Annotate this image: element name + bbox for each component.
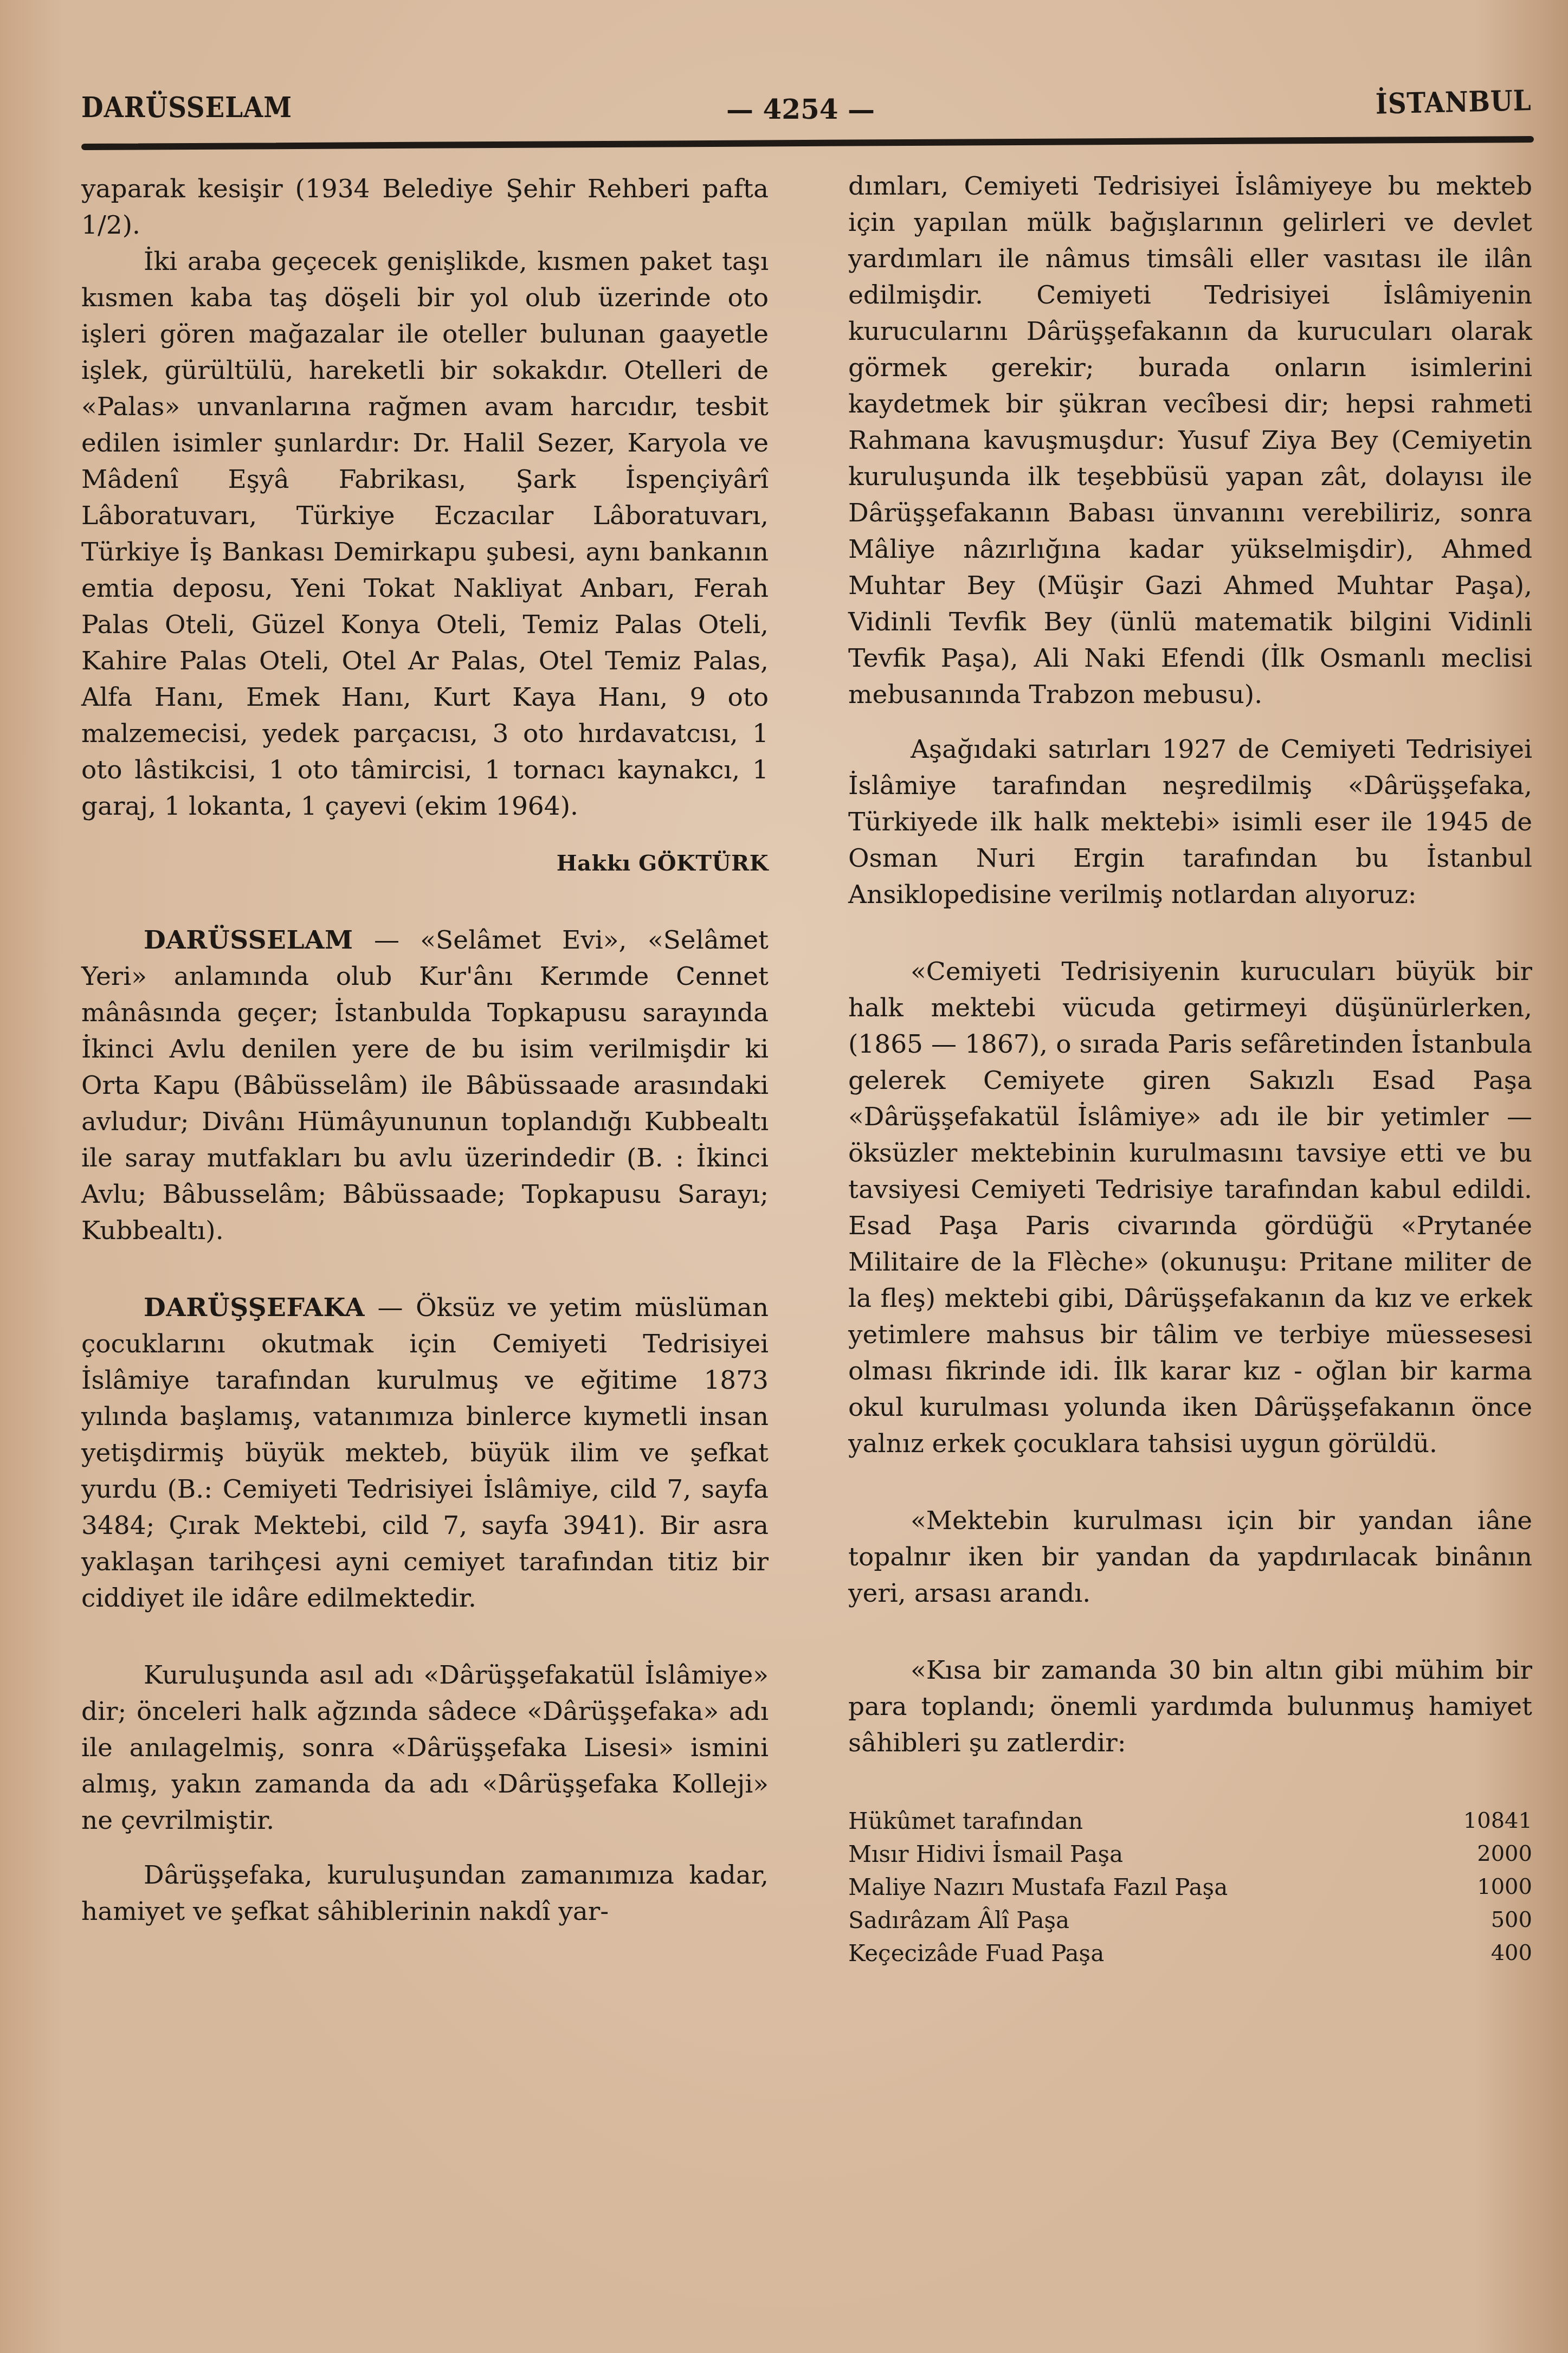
page-number: — 4254 — — [726, 93, 875, 125]
paragraph-sources: Aşağıdaki satırları 1927 de Cemiyeti Ted… — [848, 731, 1532, 913]
entry-darussefaka: DARÜŞŞEFAKA — Öksüz ve yetim müslüman ço… — [81, 1290, 769, 1616]
donor-name: Keçecizâde Fuad Paşa — [848, 1937, 1427, 1970]
table-row: Hükûmet tarafından 10841 — [848, 1804, 1532, 1838]
paragraph-street-description: İki araba geçecek genişlikde, kısmen pak… — [81, 243, 769, 824]
donor-amount: 1000 — [1427, 1871, 1532, 1904]
entry-headword: DARÜSSELAM — [144, 925, 353, 955]
entry-body: — Öksüz ve yetim müslüman çocuklarını ok… — [81, 1293, 769, 1613]
right-column: dımları, Cemiyeti Tedrisiyei İslâmiyeye … — [848, 168, 1532, 1970]
donor-name: Maliye Nazırı Mustafa Fazıl Paşa — [848, 1871, 1427, 1904]
donor-amount: 500 — [1427, 1904, 1532, 1937]
running-head-right: İSTANBUL — [1375, 84, 1532, 121]
donor-name: Mısır Hidivi İsmail Paşa — [848, 1838, 1427, 1871]
table-row: Maliye Nazırı Mustafa Fazıl Paşa 1000 — [848, 1871, 1532, 1904]
entry-darusselam: DARÜSSELAM — «Selâmet Evi», «Selâmet Yer… — [81, 922, 769, 1249]
donor-name: Sadırâzam Âlî Paşa — [848, 1904, 1427, 1937]
paragraph-naming: Kuruluşunda asıl adı «Dârüşşefakatül İsl… — [81, 1657, 769, 1839]
paragraph-founders: dımları, Cemiyeti Tedrisiyei İslâmiyeye … — [848, 168, 1532, 713]
donor-amount: 2000 — [1427, 1838, 1532, 1871]
entry-headword: DARÜŞŞEFAKA — [144, 1293, 365, 1323]
paragraph-quote-donations: «Kısa bir zamanda 30 bin altın gibi mühi… — [848, 1652, 1532, 1761]
encyclopedia-page: DARÜSSELAM — 4254 — İSTANBUL yaparak kes… — [0, 0, 1568, 2353]
table-row: Mısır Hidivi İsmail Paşa 2000 — [848, 1838, 1532, 1871]
donor-amount: 10841 — [1427, 1804, 1532, 1838]
paragraph-quote-building: «Mektebin kurulması için bir yandan iâne… — [848, 1503, 1532, 1611]
left-column: yaparak kesişir (1934 Belediye Şehir Reh… — [81, 171, 769, 1930]
author-signature: Hakkı GÖKTÜRK — [81, 845, 769, 881]
donor-name: Hükûmet tarafından — [848, 1804, 1427, 1838]
donor-amount: 400 — [1427, 1937, 1532, 1970]
running-head-left: DARÜSSELAM — [81, 91, 292, 124]
header-rule-divider — [81, 136, 1534, 150]
table-row: Sadırâzam Âlî Paşa 500 — [848, 1904, 1532, 1937]
running-head: DARÜSSELAM — 4254 — İSTANBUL — [81, 81, 1531, 125]
donor-table: Hükûmet tarafından 10841 Mısır Hidivi İs… — [848, 1804, 1532, 1970]
paragraph-quote-founding: «Cemiyeti Tedrisiyenin kurucuları büyük … — [848, 953, 1532, 1462]
paragraph-continuation: yaparak kesişir (1934 Belediye Şehir Reh… — [81, 171, 769, 243]
paragraph-funding: Dârüşşefaka, kuruluşundan zamanımıza kad… — [81, 1857, 769, 1930]
table-row: Keçecizâde Fuad Paşa 400 — [848, 1937, 1532, 1970]
entry-body: — «Selâmet Evi», «Selâmet Yeri» anlamınd… — [81, 925, 769, 1246]
